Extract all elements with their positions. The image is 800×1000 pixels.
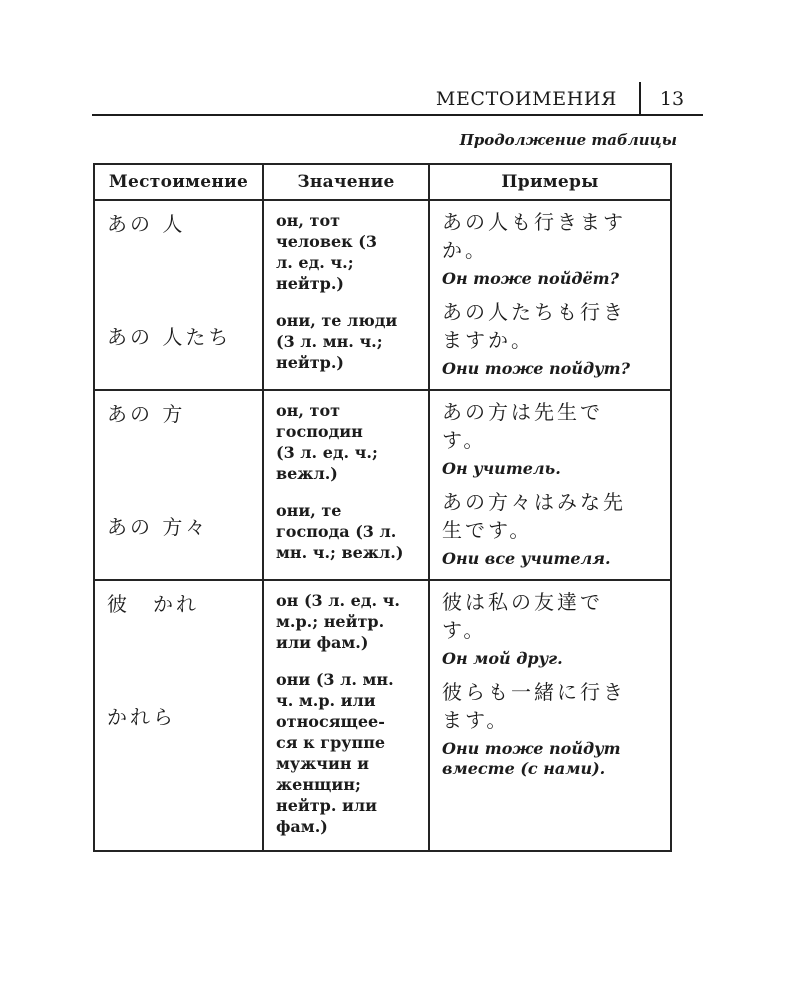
chapter-title: МЕСТОИМЕНИЯ [436,88,639,110]
table-row: 彼 かれ かれら он (3 л. ед. ч. м.р.; нейтр. ил… [94,580,671,851]
pronoun-cell: 彼 かれ かれら [94,580,263,851]
col-header-pronoun: Местоимение [94,164,263,200]
pronoun-plural: あの 方々 [107,513,254,541]
examples-cell: あの人も行きます か。 Он тоже пойдёт? あの人たちも行き ますか… [429,200,671,390]
running-head: МЕСТОИМЕНИЯ 13 [92,82,703,115]
pronoun-plural: あの 人たち [107,323,254,351]
meaning-cell: он (3 л. ед. ч. м.р.; нейтр. или фам.) о… [263,580,429,851]
pronoun-cell: あの 人 あの 人たち [94,200,263,390]
example-translation: Они все учителя. [442,549,662,569]
meaning-singular: он, тот человек (3 л. ед. ч.; нейтр.) [276,210,420,294]
example-japanese: 彼らも一緒に行き ます。 [442,678,662,734]
meaning-plural: они (3 л. мн. ч. м.р. или относящее- ся … [276,669,420,837]
example-japanese: あの方は先生で す。 [442,398,662,454]
pronoun-cell: あの 方 あの 方々 [94,390,263,580]
page-number: 13 [641,88,703,110]
book-page: МЕСТОИМЕНИЯ 13 Продолжение таблицы Место… [0,0,800,1000]
pronoun-plural: かれら [107,703,254,731]
example-translation: Он учитель. [442,459,662,479]
pronoun-singular: 彼 かれ [107,590,254,618]
pronoun-singular: あの 方 [107,400,254,428]
examples-cell: 彼は私の友達で す。 Он мой друг. 彼らも一緒に行き ます。 Они… [429,580,671,851]
meaning-singular: он (3 л. ед. ч. м.р.; нейтр. или фам.) [276,590,420,653]
pronoun-table: Местоимение Значение Примеры あの 人 あの 人たち… [93,163,672,852]
example-translation: Он тоже пойдёт? [442,269,662,289]
example-translation: Он мой друг. [442,649,662,669]
meaning-plural: они, те люди (3 л. мн. ч.; нейтр.) [276,310,420,373]
example-translation: Они тоже пойдут вместе (с нами). [442,739,662,779]
example-translation: Они тоже пойдут? [442,359,662,379]
example-japanese: あの方々はみな先 生です。 [442,488,662,544]
example-japanese: あの人たちも行き ますか。 [442,298,662,354]
meaning-cell: он, тот человек (3 л. ед. ч.; нейтр.) он… [263,200,429,390]
table-header-row: Местоимение Значение Примеры [94,164,671,200]
meaning-plural: они, те господа (3 л. мн. ч.; вежл.) [276,500,420,563]
col-header-meaning: Значение [263,164,429,200]
continuation-note: Продолжение таблицы [92,131,677,149]
col-header-examples: Примеры [429,164,671,200]
examples-cell: あの方は先生で す。 Он учитель. あの方々はみな先 生です。 Они… [429,390,671,580]
meaning-cell: он, тот господин (3 л. ед. ч.; вежл.) он… [263,390,429,580]
example-japanese: 彼は私の友達で す。 [442,588,662,644]
example-japanese: あの人も行きます か。 [442,208,662,264]
table-row: あの 人 あの 人たち он, тот человек (3 л. ед. ч.… [94,200,671,390]
pronoun-singular: あの 人 [107,210,254,238]
header-rule [92,114,703,116]
meaning-singular: он, тот господин (3 л. ед. ч.; вежл.) [276,400,420,484]
table-row: あの 方 あの 方々 он, тот господин (3 л. ед. ч.… [94,390,671,580]
